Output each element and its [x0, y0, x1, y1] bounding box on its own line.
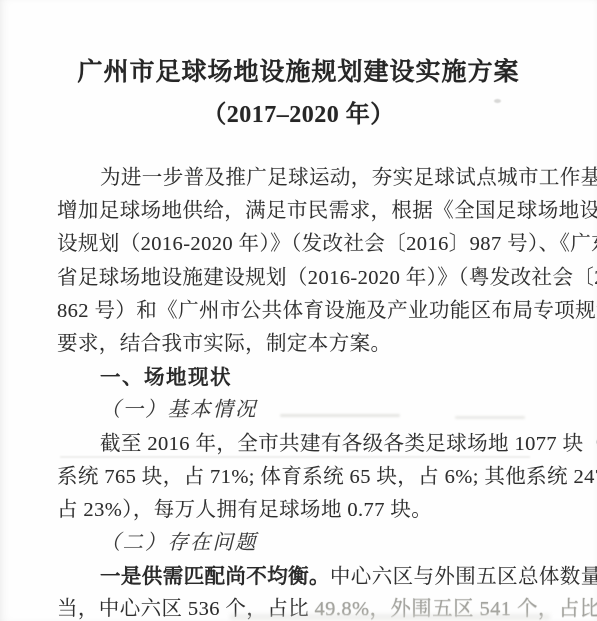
document-body: 为进一步普及推广足球运动，夯实足球试点城市工作基础， 增加足球场地供给，满足市民… [57, 162, 549, 621]
problem-line-2-start: 当，中心六区 536 个，占比 [57, 598, 315, 620]
document-title-line1: 广州市足球场地设施规划建设实施方案 [0, 52, 597, 88]
problem-line-1: 一是供需匹配尚不均衡。中心六区与外围五区总体数量相 [57, 560, 549, 593]
intro-line-2: 增加足球场地供给，满足市民需求，根据《全国足球场地设施建 [57, 195, 549, 228]
document-page: 广州市足球场地设施规划建设实施方案 （2017–2020 年） 为进一步普及推广… [0, 0, 597, 621]
problem-line-2-faded: 49.8%，外围五区 541 个，占比 50.2%。 [315, 598, 597, 620]
intro-line-5: 862 号）和《广州市公共体育设施及产业功能区布局专项规划》 [57, 295, 549, 328]
problem-bold-lead: 一是供需匹配尚不均衡。 [100, 565, 330, 588]
stats-line-3: 占 23%），每万人拥有足球场地 0.77 块。 [57, 494, 549, 527]
stats-line-2: 系统 765 块，占 71%; 体育系统 65 块，占 6%; 其他系统 247… [57, 461, 549, 494]
document-title-line2: （2017–2020 年） [0, 94, 597, 129]
intro-line-6: 要求，结合我市实际，制定本方案。 [57, 328, 549, 361]
problem-line-1-rest: 中心六区与外围五区总体数量相 [330, 566, 597, 588]
intro-line-1: 为进一步普及推广足球运动，夯实足球试点城市工作基础， [57, 162, 549, 195]
stats-line-1: 截至 2016 年，全市共建有各级各类足球场地 1077 块（教育 [57, 428, 549, 461]
problem-line-2: 当，中心六区 536 个，占比 49.8%，外围五区 541 个，占比 50.2… [57, 593, 549, 621]
subsection-heading-problems: （二）存在问题 [57, 527, 549, 560]
subsection-heading-basic-situation: （一）基本情况 [57, 394, 549, 427]
intro-line-4: 省足球场地设施建设规划（2016-2020 年）》（粤发改社会〔2016〕 [57, 262, 549, 295]
intro-line-3: 设规划（2016-2020 年）》（发改社会〔2016〕987 号）、《广东 [57, 228, 549, 261]
section-heading-current-status: 一、场地现状 [57, 361, 549, 394]
